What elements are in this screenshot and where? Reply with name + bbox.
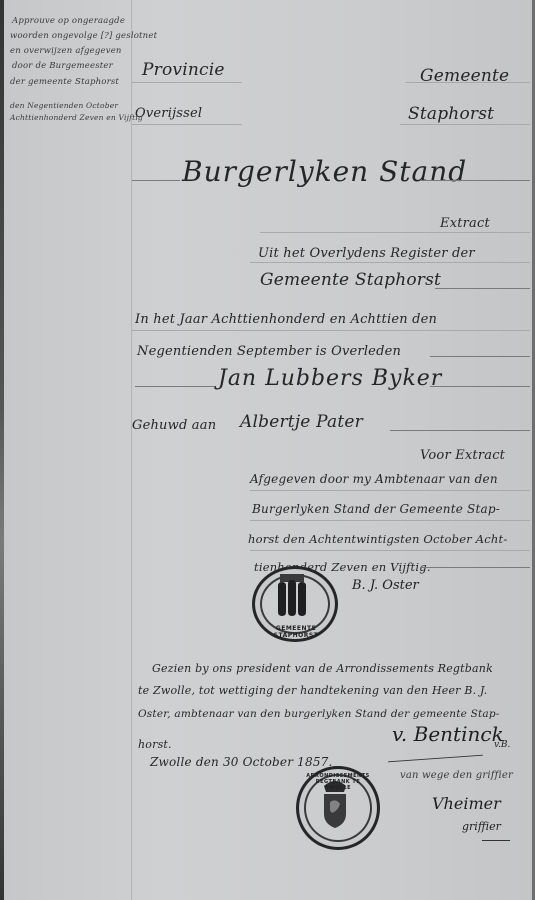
margin-note-line: den Negentienden October [10, 101, 118, 110]
margin-note-line: woorden ongevolge [?] geslotnet [10, 31, 157, 41]
seal-text: GEMEENTE STAPHORST [259, 625, 333, 639]
margin-note-line: Achttienhonderd Zeven en Vijftig [10, 113, 143, 122]
margin-note-line: der gemeente Staphorst [10, 77, 119, 87]
signature-registrar: B. J. Oster [352, 578, 419, 593]
certification-line-2: Burgerlyken Stand der Gemeente Stap- [252, 502, 500, 516]
municipality-label: Gemeente [420, 66, 509, 86]
margin-note-line: door de Burgemeester [12, 61, 113, 71]
legalization-line-2: te Zwolle, tot wettiging der handtekenin… [138, 684, 487, 697]
page-title: Burgerlyken Stand [182, 155, 467, 188]
margin-note-line: en overwijzen afgegeven [10, 46, 122, 56]
document-page: Approuve op ongeraagde woorden ongevolge… [0, 0, 535, 900]
clerk-title: griffier [462, 820, 501, 833]
seal-text: ARRONDISSEMENTS REGTBANK TE ZWOLLE [303, 773, 373, 791]
scan-left-edge [0, 0, 4, 900]
clerk-note: van wege den griffier [400, 770, 513, 781]
legalization-line-3: Oster, ambtenaar van den burgerlyken Sta… [138, 708, 500, 720]
body-line-2: Negentienden September is Overleden [137, 344, 401, 359]
province-value: Overijssel [135, 106, 202, 121]
court-seal: ARRONDISSEMENTS REGTBANK TE ZWOLLE [296, 766, 380, 850]
certification-line-3: horst den Achtentwintigsten October Acht… [248, 532, 507, 546]
deceased-name: Jan Lubbers Byker [218, 366, 442, 391]
province-label: Provincie [142, 60, 225, 80]
margin-rule [131, 0, 132, 900]
signature-president: v. Bentinck [392, 722, 504, 746]
register-line-1: Uit het Overlydens Register der [258, 246, 475, 261]
legalization-line-4: horst. [138, 738, 172, 751]
certification-label: Voor Extract [420, 448, 505, 463]
spouse-name: Albertje Pater [240, 412, 363, 432]
legalization-line-1: Gezien by ons president van de Arrondiss… [152, 662, 493, 675]
municipal-seal: GEMEENTE STAPHORST [252, 566, 338, 642]
spouse-line-prefix: Gehuwd aan [132, 418, 216, 433]
extract-label: Extract [440, 216, 490, 231]
certification-line-1: Afgegeven door my Ambtenaar van den [250, 472, 498, 486]
signature-initials: v.B. [494, 740, 510, 750]
margin-note-line: Approuve op ongeraagde [12, 16, 125, 26]
municipality-value: Staphorst [408, 104, 494, 124]
register-line-2: Gemeente Staphorst [260, 270, 441, 290]
signature-clerk: Vheimer [432, 794, 501, 813]
body-line-1: In het Jaar Achttienhonderd en Achttien … [135, 312, 437, 327]
